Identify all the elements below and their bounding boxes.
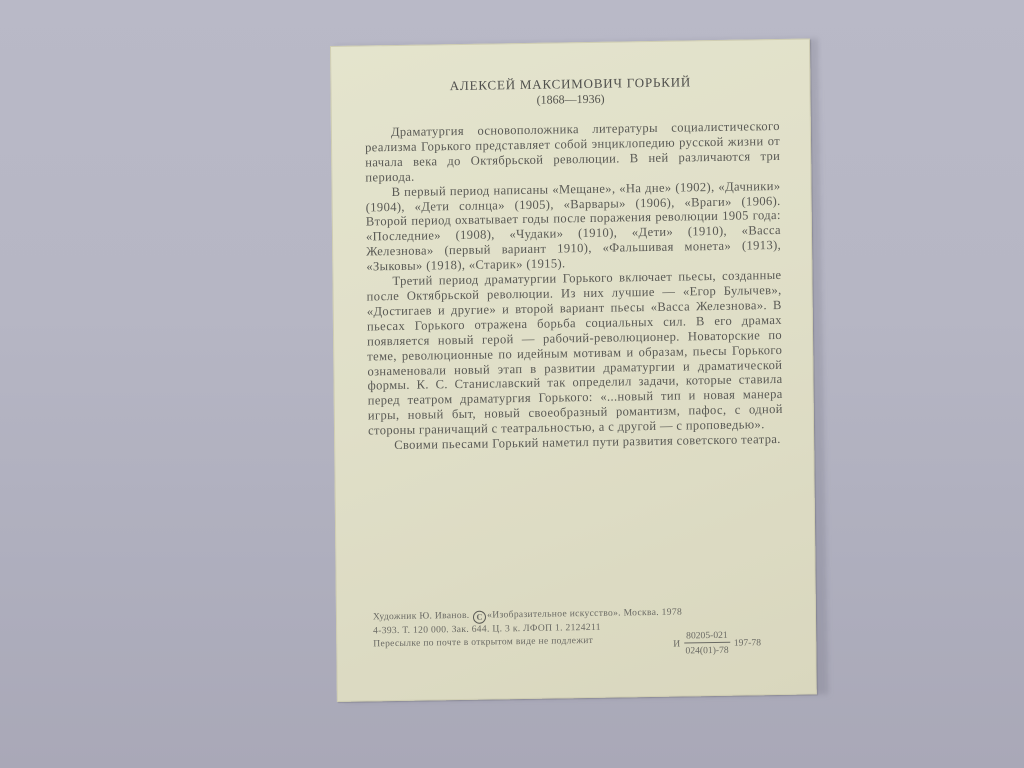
publisher-credit: «Изобразительное искусство». Москва. 197… <box>487 607 682 621</box>
paragraph-third-period: Третий период драматургии Горького включ… <box>366 268 783 438</box>
index-letter: И <box>673 638 680 649</box>
card-body-text: Драматургия основоположника литературы с… <box>365 119 783 453</box>
postcard-back: АЛЕКСЕЙ МАКСИМОВИЧ ГОРЬКИЙ (1868—1936) Д… <box>330 38 817 702</box>
index-denominator: 024(01)-78 <box>685 643 728 657</box>
publication-index: И 80205-021 024(01)-78 197-78 <box>673 629 761 656</box>
index-suffix: 197-78 <box>734 637 761 648</box>
paragraph-intro: Драматургия основоположника литературы с… <box>365 119 781 185</box>
paragraph-first-period: В первый период написаны «Мещане», «На д… <box>365 179 781 275</box>
index-fraction: 80205-021 024(01)-78 <box>684 630 730 657</box>
copyright-icon: C <box>473 611 486 624</box>
artist-credit: Художник Ю. Иванов. <box>373 610 470 623</box>
index-numerator: 80205-021 <box>684 630 730 644</box>
